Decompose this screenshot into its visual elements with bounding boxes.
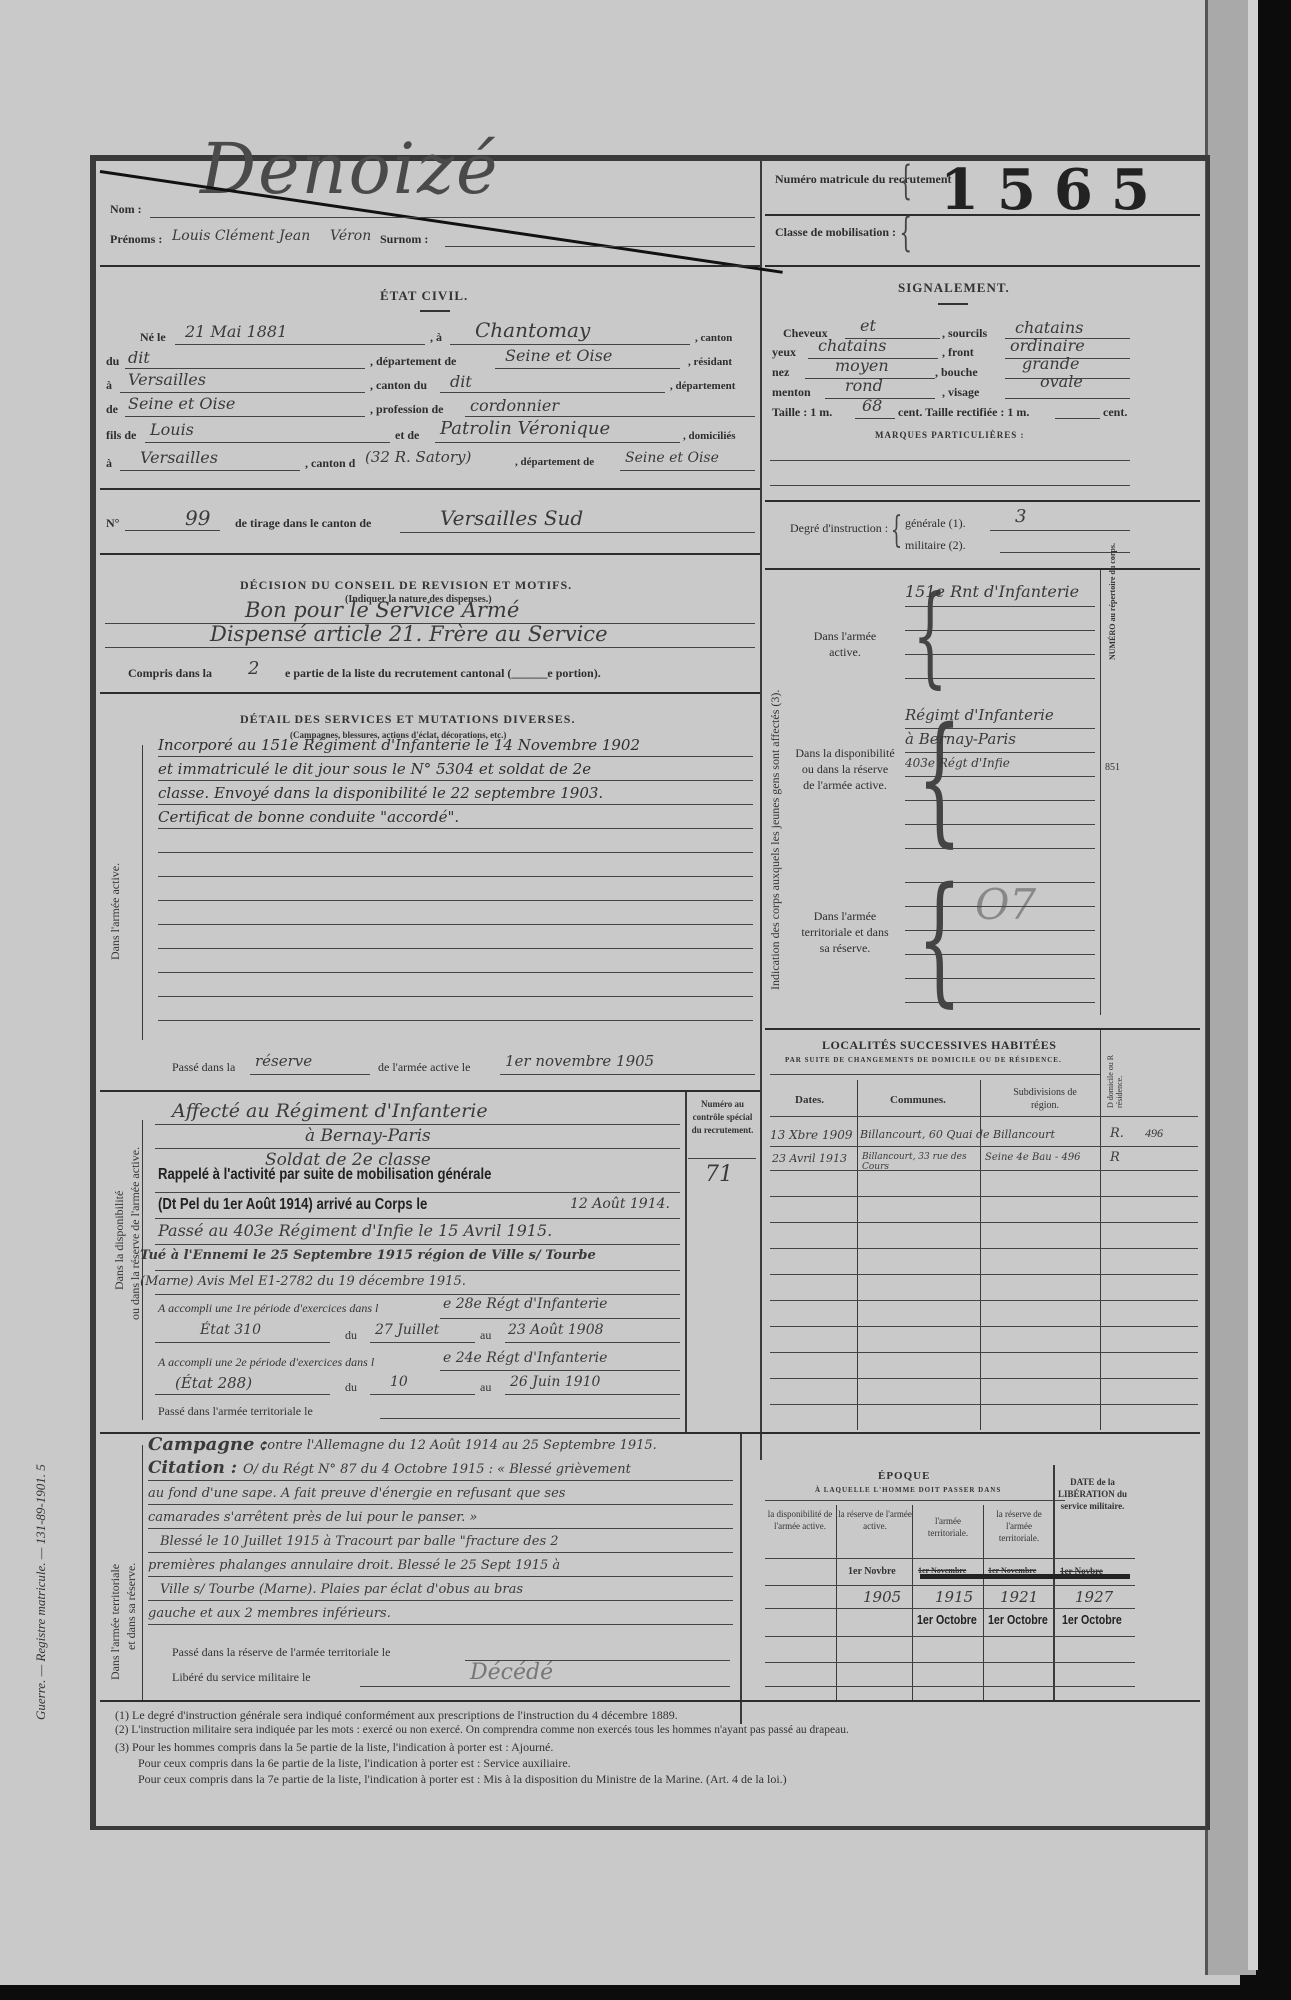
underline xyxy=(148,1600,733,1601)
epoque-header-reserve: la réserve de l'armée active. xyxy=(838,1508,912,1532)
bouche-label: , bouche xyxy=(935,365,978,380)
tirage-canton: Versailles Sud xyxy=(440,506,583,530)
corps-dispo-line-1: Régimt d'Infanterie xyxy=(905,706,1054,724)
periode2-au: 26 Juin 1910 xyxy=(510,1374,600,1390)
underline xyxy=(360,1686,730,1687)
section-divider xyxy=(100,553,760,555)
underline xyxy=(148,1480,733,1481)
register-page: Guerre. — Registre matricule. — 131-89-1… xyxy=(0,0,1240,1985)
libere-value: Décédé xyxy=(470,1660,553,1685)
underline xyxy=(770,1116,1198,1117)
signalement-title: SIGNALEMENT. xyxy=(898,280,1010,296)
corps-dispo-label: Dans la disponibilité ou dans la réserve… xyxy=(795,745,895,793)
disponibilite-side-label-1: Dans la disponibilité xyxy=(112,1191,127,1290)
underline xyxy=(158,876,753,877)
surnom-label: Surnom : xyxy=(380,232,428,247)
underline xyxy=(770,485,1130,486)
underline xyxy=(158,780,753,781)
prenoms-label: Prénoms : xyxy=(110,232,162,247)
menton-label: menton xyxy=(772,385,811,400)
underline xyxy=(905,848,1095,849)
title-rule xyxy=(420,310,450,312)
corps-terr-mark: O7 xyxy=(975,880,1036,929)
canton-label: , canton d xyxy=(305,456,355,471)
loc-dr-1: R. xyxy=(1110,1126,1124,1141)
epoque-title: ÉPOQUE xyxy=(878,1470,930,1482)
underline xyxy=(148,1552,733,1553)
underline xyxy=(905,930,1095,931)
menton-value: rond xyxy=(845,376,883,395)
departement-label: , département de xyxy=(370,354,456,369)
underline xyxy=(770,1404,1198,1405)
blessure-line-2: premières phalanges annulaire droit. Ble… xyxy=(148,1558,560,1573)
underline xyxy=(155,1294,680,1295)
underline xyxy=(770,1222,1198,1223)
underline xyxy=(250,1074,370,1075)
underline xyxy=(400,532,755,533)
underline xyxy=(770,1352,1198,1353)
periode1-au: 23 Août 1908 xyxy=(508,1322,604,1338)
underline xyxy=(148,1504,733,1505)
sourcils-value: chatains xyxy=(1015,318,1083,337)
underline xyxy=(770,460,1130,461)
underline xyxy=(770,1146,1198,1147)
taille-label: Taille : 1 m. xyxy=(772,405,832,420)
loc-date-1: 13 Xbre 1909 xyxy=(770,1128,853,1142)
underline xyxy=(905,606,1095,607)
front-label: , front xyxy=(942,345,974,360)
fils-de-label: fils de xyxy=(106,428,136,443)
passe-value: réserve xyxy=(255,1052,312,1070)
canton-value: dit xyxy=(450,372,472,391)
du-label: du xyxy=(345,1328,357,1343)
epoque-r2-territoriale: 1915 xyxy=(935,1588,973,1606)
corps-active-value: 151e Rnt d'Infanterie xyxy=(905,582,1079,601)
footnote-4: Pour ceux compris dans la 6e partie de l… xyxy=(138,1756,571,1771)
prenoms-value: Louis Clément Jean xyxy=(172,228,310,244)
cheveux-value: et xyxy=(860,316,876,335)
underline xyxy=(158,756,753,757)
detail-title: DÉTAIL DES SERVICES ET MUTATIONS DIVERSE… xyxy=(240,712,575,727)
bracket-line xyxy=(142,745,143,1040)
underline xyxy=(155,1124,680,1125)
epoque-header-reserve-terr: la réserve de l'armée territoriale. xyxy=(985,1508,1053,1544)
citation-line-2: au fond d'une sape. A fait preuve d'éner… xyxy=(148,1486,565,1501)
detail-line-3: classe. Envoyé dans la disponibilité le … xyxy=(158,784,603,802)
underline xyxy=(155,1394,330,1395)
section-divider xyxy=(100,488,760,490)
residant-label: , résidant xyxy=(688,356,732,368)
nom-underline xyxy=(150,217,755,218)
footnote-1: (1) Le degré d'instruction générale sera… xyxy=(115,1708,678,1723)
detail-line-1: Incorporé au 151e Régiment d'Infanterie … xyxy=(158,736,640,754)
profession-label: , profession de xyxy=(370,402,443,417)
liberation-header: DATE de la LIBÉRATION du service militai… xyxy=(1055,1476,1130,1512)
canton-label: , canton du xyxy=(370,378,427,393)
col-divider xyxy=(912,1505,913,1700)
ne-le-label: Né le xyxy=(140,330,166,345)
underline xyxy=(500,1074,755,1075)
tirage-number: 99 xyxy=(185,506,210,530)
margin-note: 496 xyxy=(1145,1126,1163,1141)
underline xyxy=(905,728,1095,729)
matricule-brace: { xyxy=(899,158,912,204)
numero-repertoire-label: NUMÉRO au répertoire du corps. xyxy=(1108,543,1117,660)
underline xyxy=(105,647,755,648)
dispo-numero: 851 xyxy=(1105,762,1120,773)
loc-dr-2: R xyxy=(1110,1150,1120,1165)
col-divider xyxy=(836,1505,837,1700)
libere-label: Libéré du service militaire le xyxy=(172,1670,311,1685)
tirage-n-label: N° xyxy=(106,516,119,531)
underline xyxy=(175,344,425,345)
underline xyxy=(765,1686,1135,1687)
detail-line-4: Certificat de bonne conduite "accordé". xyxy=(158,808,459,826)
instruction-label: Degré d'instruction : xyxy=(790,520,870,536)
matricule-label: Numéro matricule du recrutement : xyxy=(775,172,895,187)
compris-label: Compris dans la xyxy=(128,666,212,681)
underline xyxy=(905,678,1095,679)
instruction-brace: { xyxy=(891,510,902,551)
section-divider xyxy=(765,500,1200,502)
campagne-value: contre l'Allemagne du 12 Août 1914 au 25… xyxy=(260,1438,657,1453)
decision-line-1: Bon pour le Service Armé xyxy=(245,598,519,622)
underline xyxy=(1005,398,1130,399)
arrive-date: 12 Août 1914. xyxy=(570,1196,670,1212)
section-divider xyxy=(100,692,760,694)
epoque-divider xyxy=(740,1434,742,1724)
underline xyxy=(905,630,1095,631)
citation-line-3: camarades s'arrêtent près de lui pour le… xyxy=(148,1510,477,1525)
departement-label: , département de xyxy=(515,456,594,468)
underline xyxy=(440,1370,680,1371)
tirage-label: de tirage dans le canton de xyxy=(235,516,371,531)
footnote-5: Pour ceux compris dans la 7e partie de l… xyxy=(138,1772,787,1787)
taille-rectifiee-label: cent. Taille rectifiée : 1 m. xyxy=(898,405,1029,420)
periode1-du: 27 Juillet xyxy=(375,1322,439,1338)
underline xyxy=(465,416,755,417)
underline xyxy=(158,996,753,997)
periode1-etat: État 310 xyxy=(200,1322,261,1338)
territoriale-label: Passé dans l'armée territoriale le xyxy=(158,1404,313,1419)
corps-side-label: Indication des corps auxquels les jeunes… xyxy=(768,690,783,990)
territoriale-side-label-2: et dans sa réserve. xyxy=(124,1563,139,1650)
underline xyxy=(158,1020,753,1021)
underline xyxy=(380,1418,680,1419)
underline xyxy=(145,442,390,443)
underline xyxy=(158,948,753,949)
decision-title: DÉCISION DU CONSEIL DE REVISION ET MOTIF… xyxy=(240,578,572,593)
epoque-header-territoriale: l'armée territoriale. xyxy=(914,1515,982,1539)
section-divider xyxy=(765,1028,1200,1030)
underline xyxy=(155,1192,680,1193)
matricule-divider xyxy=(765,214,1200,216)
du-label: du xyxy=(345,1380,357,1395)
au-label: au xyxy=(480,1380,491,1395)
underline xyxy=(855,418,895,419)
bouche-value: grande xyxy=(1022,354,1079,373)
localites-title: LOCALITÉS SUCCESSIVES HABITÉES xyxy=(822,1038,1056,1053)
underline xyxy=(905,776,1095,777)
underline xyxy=(770,1274,1198,1275)
du-label: du xyxy=(106,354,119,369)
classe-divider xyxy=(765,265,1200,267)
mobilisation-stamp: Rappelé à l'activité par suite de mobili… xyxy=(158,1166,491,1184)
loc-date-2: 23 Avril 1913 xyxy=(772,1152,847,1165)
campagne-label: Campagne : xyxy=(148,1434,267,1455)
reserve-line-2: à Bernay-Paris xyxy=(305,1126,431,1146)
underline xyxy=(155,1270,680,1271)
generale-value: 3 xyxy=(1015,506,1026,527)
underline xyxy=(155,1342,330,1343)
footnote-3: (3) Pour les hommes compris dans la 5e p… xyxy=(115,1740,553,1755)
underline xyxy=(770,1170,1198,1171)
header-domicile-residence: D domicile ou R résidence. xyxy=(1106,1038,1124,1108)
underline xyxy=(620,470,755,471)
epoque-r3-reserve-terr: 1er Octobre xyxy=(988,1612,1048,1627)
epoque-r3-territoriale: 1er Octobre xyxy=(917,1612,977,1627)
underline xyxy=(155,1244,680,1245)
underline xyxy=(158,900,753,901)
epoque-r1-reserve: 1er Novbre xyxy=(848,1566,896,1577)
epoque-r3-liberation: 1er Octobre xyxy=(1062,1612,1122,1627)
underline xyxy=(765,1636,1135,1637)
parents-residence: Versailles xyxy=(140,448,218,467)
underline xyxy=(905,906,1095,907)
strike-bar xyxy=(920,1574,1130,1579)
underline xyxy=(770,1300,1198,1301)
nom-value: Denoizé xyxy=(200,128,499,210)
underline xyxy=(770,1248,1198,1249)
mother-name: Patrolin Véronique xyxy=(440,418,610,439)
underline xyxy=(158,828,753,829)
surnom-underline xyxy=(445,246,755,247)
blessure-line-3: Ville s/ Tourbe (Marne). Plaies par écla… xyxy=(160,1582,523,1597)
yeux-value: chatains xyxy=(818,336,886,355)
birth-place: Chantomay xyxy=(475,318,590,342)
underline xyxy=(125,416,365,417)
periode1-label: A accompli une 1re période d'exercices d… xyxy=(158,1301,378,1316)
underline xyxy=(120,392,365,393)
underline xyxy=(440,1318,680,1319)
underline xyxy=(688,1158,756,1159)
canton-label: , canton xyxy=(695,332,732,344)
header-divider xyxy=(100,265,760,267)
epoque-header-disponibilite: la disponibilité de l'armée active. xyxy=(764,1508,836,1532)
classe-brace: { xyxy=(899,210,912,256)
underline xyxy=(125,368,365,369)
corps-active-label: Dans l'armée active. xyxy=(800,628,890,660)
underline xyxy=(148,1624,733,1625)
periode2-label: A accompli une 2e période d'exercices da… xyxy=(158,1355,374,1370)
departement-label: , département xyxy=(670,380,735,392)
underline xyxy=(905,654,1095,655)
prenoms-extra: Véron xyxy=(330,228,371,244)
loc-subdivision-2: Seine 4e Bau - 496 xyxy=(985,1152,1081,1163)
section-divider xyxy=(100,1090,760,1092)
passe-mid: de l'armée active le xyxy=(378,1060,470,1075)
underline xyxy=(765,1500,1065,1501)
compris-value: 2 xyxy=(248,658,259,679)
corps-terr-label: Dans l'armée territoriale et dans sa rés… xyxy=(800,908,890,956)
epoque-r2-reserve: 1905 xyxy=(863,1588,901,1606)
profession-value: cordonnier xyxy=(470,396,559,415)
col-divider xyxy=(1100,1030,1101,1430)
decision-line-2: Dispensé article 21. Frère au Service xyxy=(210,622,608,646)
visage-label: , visage xyxy=(942,385,979,400)
nez-value: moyen xyxy=(835,356,889,375)
territoriale-side-label-1: Dans l'armée territoriale xyxy=(108,1564,123,1680)
passe-403-line: Passé au 403e Régiment d'Infie le 15 Avr… xyxy=(158,1221,552,1240)
avis-line: (Marne) Avis Mel E1-2782 du 19 décembre … xyxy=(140,1274,466,1289)
header-communes: Communes. xyxy=(890,1094,946,1106)
canton-value: dit xyxy=(128,348,150,367)
disponibilite-side-label-2: ou dans la réserve de l'armée active. xyxy=(128,1147,143,1320)
de-label: de xyxy=(106,402,118,417)
taille-value: 68 xyxy=(862,396,882,415)
underline xyxy=(450,344,690,345)
underline xyxy=(148,1528,733,1529)
a-label: à xyxy=(106,456,112,471)
section-divider xyxy=(765,568,1200,570)
generale-label: générale (1). xyxy=(905,516,966,531)
reserve-line-1: Affecté au Régiment d'Infanterie xyxy=(172,1100,488,1122)
column-divider xyxy=(760,160,762,1460)
father-name: Louis xyxy=(150,420,194,439)
header-dates: Dates. xyxy=(795,1094,824,1106)
title-rule xyxy=(938,303,968,305)
citation-label: Citation : xyxy=(148,1458,237,1478)
numero-divider xyxy=(1100,570,1101,1015)
epoque-subtitle: À LAQUELLE L'HOMME DOIT PASSER DANS xyxy=(815,1486,1001,1494)
underline xyxy=(770,1074,1100,1075)
underline xyxy=(905,882,1095,883)
underline xyxy=(765,1585,1135,1586)
underline xyxy=(505,1394,680,1395)
underline xyxy=(158,924,753,925)
blessure-line-1: Blessé le 10 Juillet 1915 à Tracourt par… xyxy=(160,1534,559,1549)
underline xyxy=(770,1326,1198,1327)
yeux-label: yeux xyxy=(772,345,796,360)
passe-label: Passé dans la xyxy=(172,1060,235,1075)
underline xyxy=(155,1148,680,1149)
underline xyxy=(148,1576,733,1577)
localites-subtitle: PAR SUITE DE CHANGEMENTS DE DOMICILE OU … xyxy=(785,1056,1062,1064)
underline xyxy=(770,1378,1198,1379)
armee-active-side-label: Dans l'armée active. xyxy=(108,863,123,960)
printer-note: Guerre. — Registre matricule. — 131-89-1… xyxy=(33,1464,49,1720)
militaire-label: militaire (2). xyxy=(905,538,966,553)
reserve-terr-label: Passé dans la réserve de l'armée territo… xyxy=(172,1645,390,1660)
compris-suffix: e partie de la liste du recrutement cant… xyxy=(285,666,601,681)
periode2-value: e 24e Régt d'Infanterie xyxy=(443,1350,607,1366)
underline xyxy=(370,1342,475,1343)
a-label: à xyxy=(106,378,112,393)
et-de-label: et de xyxy=(395,428,419,443)
underline xyxy=(770,1196,1198,1197)
citation-line-1: O/ du Régt N° 87 du 4 Octobre 1915 : « B… xyxy=(243,1462,631,1477)
periode2-etat: (État 288) xyxy=(175,1374,252,1392)
underline xyxy=(765,1608,1135,1609)
periode2-du: 10 xyxy=(390,1374,408,1390)
underline xyxy=(440,392,665,393)
bracket-line xyxy=(142,1445,143,1700)
underline xyxy=(905,978,1095,979)
domicilies-label: , domiciliés xyxy=(683,430,736,442)
controle-label: Numéro au contrôle spécial du recrutemen… xyxy=(690,1098,755,1137)
epoque-r2-liberation: 1927 xyxy=(1075,1588,1113,1606)
corps-dispo-line-3: 403e Régt d'Infie xyxy=(905,756,1010,770)
classe-label: Classe de mobilisation : xyxy=(775,225,885,240)
underline xyxy=(158,972,753,973)
underline xyxy=(990,530,1130,531)
departement-value: Seine et Oise xyxy=(505,346,612,365)
blessure-line-4: gauche et aux 2 membres inférieurs. xyxy=(148,1606,391,1621)
header-subdivisions: Subdivisions de région. xyxy=(1005,1086,1085,1112)
underline xyxy=(905,824,1095,825)
etat-civil-title: ÉTAT CIVIL. xyxy=(380,288,468,304)
underline xyxy=(158,804,753,805)
underline xyxy=(370,1394,475,1395)
underline xyxy=(765,1662,1135,1663)
corps-dispo-line-2: à Bernay-Paris xyxy=(905,730,1016,748)
arrive-stamp: (Dt Pel du 1er Août 1914) arrivé au Corp… xyxy=(158,1196,427,1214)
a-label: , à xyxy=(430,330,442,345)
underline xyxy=(125,530,220,531)
brace: { xyxy=(917,870,962,1010)
page-edge-strip xyxy=(1248,0,1258,1970)
cent-label: cent. xyxy=(1103,405,1127,420)
underline xyxy=(120,470,300,471)
parents-departement: Seine et Oise xyxy=(625,450,719,466)
bracket-line xyxy=(142,1120,143,1420)
periode1-value: e 28e Régt d'Infanterie xyxy=(443,1296,607,1312)
underline xyxy=(155,1218,680,1219)
controle-divider xyxy=(685,1092,687,1432)
col-divider xyxy=(983,1505,984,1700)
front-value: ordinaire xyxy=(1010,336,1085,355)
nez-label: nez xyxy=(772,365,789,380)
underline xyxy=(765,1558,1135,1559)
loc-commune-2: Billancourt, 33 rue des Cours xyxy=(862,1152,977,1172)
controle-value: 71 xyxy=(705,1162,733,1187)
visage-value: ovale xyxy=(1040,372,1083,391)
footnote-2: (2) L'instruction militaire sera indiqué… xyxy=(115,1724,849,1736)
parents-address: (32 R. Satory) xyxy=(365,448,471,466)
birth-date: 21 Mai 1881 xyxy=(185,322,287,341)
underline xyxy=(435,442,680,443)
departement-value: Seine et Oise xyxy=(128,394,235,413)
residence-value: Versailles xyxy=(128,370,206,389)
passe-date: 1er novembre 1905 xyxy=(505,1052,654,1070)
marques-label: MARQUES PARTICULIÈRES : xyxy=(875,430,1025,440)
underline xyxy=(905,800,1095,801)
tue-line: Tué à l'Ennemi le 25 Septembre 1915 régi… xyxy=(140,1248,596,1263)
underline xyxy=(158,852,753,853)
section-divider xyxy=(100,1700,1200,1702)
underline xyxy=(495,368,680,369)
epoque-r2-reserve-terr: 1921 xyxy=(1000,1588,1038,1606)
underline xyxy=(505,1342,680,1343)
underline xyxy=(905,752,1095,753)
underline xyxy=(1055,418,1100,419)
nom-label: Nom : xyxy=(110,202,142,217)
detail-line-2: et immatriculé le dit jour sous le N° 53… xyxy=(158,760,591,778)
au-label: au xyxy=(480,1328,491,1343)
underline xyxy=(905,954,1095,955)
sourcils-label: , sourcils xyxy=(942,326,987,341)
underline xyxy=(905,1002,1095,1003)
